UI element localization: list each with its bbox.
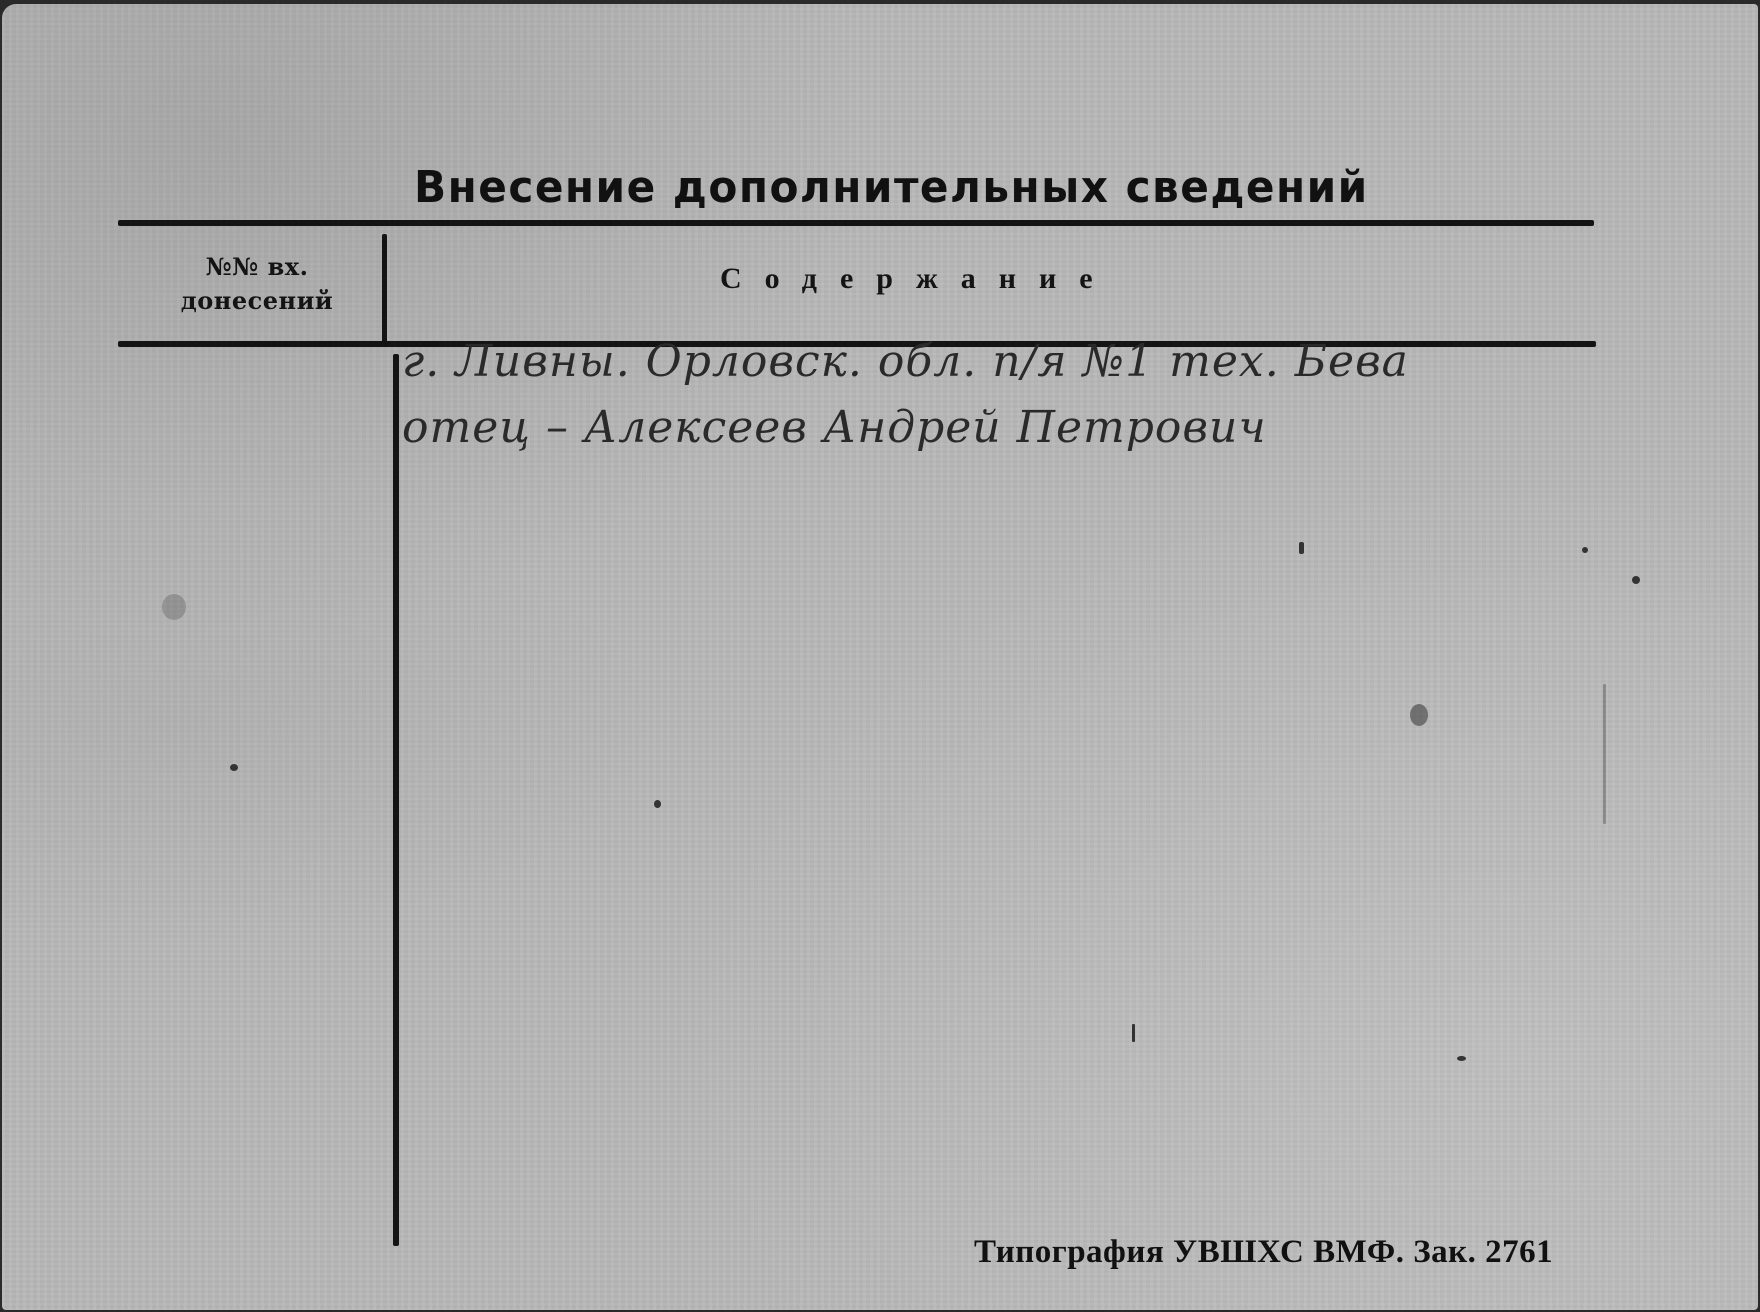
paper-blemish (1457, 1056, 1466, 1061)
paper-blemish (1603, 684, 1606, 824)
header-column-divider (382, 234, 387, 344)
paper-blemish (1632, 576, 1640, 584)
body-column-divider (393, 354, 399, 1246)
handwritten-entry-line-2: отец – Алексеев Андрей Петрович (402, 402, 1267, 453)
document-title: Внесение дополнительных сведений (414, 162, 1369, 213)
header-number-label: №№ вх. (142, 250, 372, 284)
paper-blemish (1299, 542, 1304, 554)
paper-blemish (230, 764, 238, 771)
header-number-column: №№ вх. донесений (142, 250, 372, 318)
handwritten-entry-line-1: г. Ливны. Орловск. обл. п/я №1 тех. Бева (402, 336, 1409, 387)
paper-blemish (654, 800, 661, 808)
header-reports-label: донесений (142, 284, 372, 318)
paper-blemish (162, 594, 186, 620)
paper-blemish (1132, 1024, 1135, 1042)
document-card: Внесение дополнительных сведений №№ вх. … (2, 4, 1758, 1310)
header-content-label: Содержание (720, 262, 1116, 296)
printer-imprint: Типография УВШХС ВМФ. Зак. 2761 (974, 1234, 1553, 1271)
paper-blemish (1582, 547, 1588, 553)
paper-blemish (1410, 704, 1428, 726)
top-rule (118, 220, 1594, 226)
